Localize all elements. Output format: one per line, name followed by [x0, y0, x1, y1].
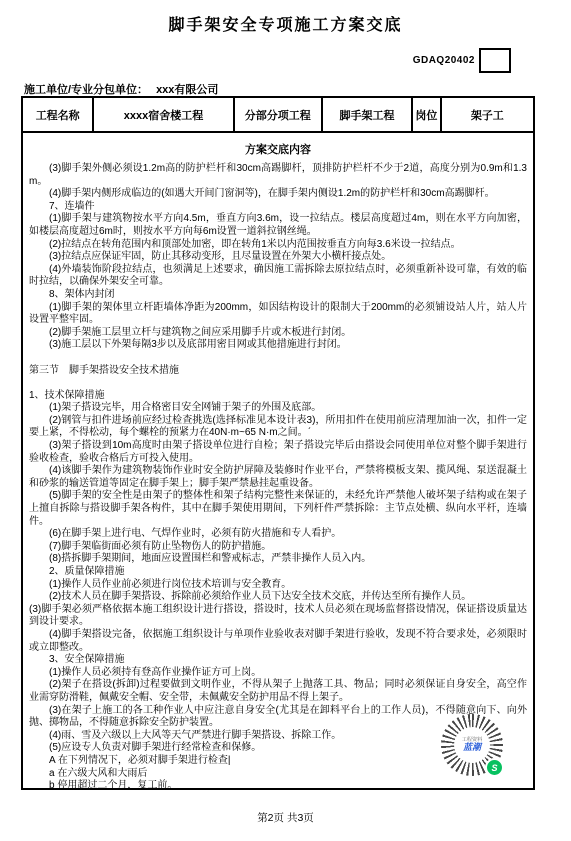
content-paragraph	[29, 377, 527, 390]
content-paragraph: (8)搭拆脚手架期间，地面应设置围栏和警戒标志，严禁非操作人员入内。	[29, 553, 527, 566]
content-paragraph: (4)外墙装饰阶段拉结点，也须满足上述要求，确因施工需拆除去原拉结点时，必须重新…	[29, 264, 527, 289]
content-paragraph: 第三节 脚手架搭设安全技术措施	[29, 365, 527, 378]
page-title: 脚手架安全专项施工方案交底	[0, 12, 571, 35]
content-paragraph: (6)在脚手架上进行电、气焊作业时，必须有防火措施和专人看护。	[29, 528, 527, 541]
content-paragraph: (3)拉结点应保证牢固，防止其移动变形，且尽量设置在外架大小横杆接点处。	[29, 251, 527, 264]
qr-stamp-text-top: 工程资料	[462, 738, 482, 743]
content-paragraph: (3)脚手架外侧必须设1.2m高的防护栏杆和30cm高踢脚杆，顶排防护栏杆不少于…	[29, 163, 527, 188]
content-paragraph: (3)架子搭设到10m高度时由架子搭设单位进行自检；架子搭设完毕后由搭设会同使用…	[29, 440, 527, 465]
content-paragraphs: (3)脚手架外侧必须设1.2m高的防护栏杆和30cm高踢脚杆，顶排防护栏杆不少于…	[29, 163, 527, 790]
content-paragraph: (4)该脚手架作为建筑物装饰作业时安全防护屏障及装修时作业平台，严禁将模板支架、…	[29, 465, 527, 490]
content-paragraph: (1)架子搭设完毕，用合格密目安全网铺于架子的外围及底部。	[29, 402, 527, 415]
content-paragraph: b 停用超过二个月，复工前。	[29, 780, 527, 790]
content-paragraph: (5)脚手架的安全性是由架子的整体性和架子结构完整性来保证的，未经允许严禁他人破…	[29, 490, 527, 528]
content-paragraph: (2)钢管与扣件进场前应经过检查挑选(选择标准见本设计表3)，所用扣件在使用前应…	[29, 415, 527, 440]
content-paragraph: (3)施工层以下外架每隔3步以及底部用密目网或其他措施进行封闭。	[29, 339, 527, 352]
disclosure-table: 工程名称 xxxx宿舍楼工程 分部分项工程 脚手架工程 岗位 架子工 方案交底内…	[21, 96, 535, 790]
construction-unit-label: 施工单位/专业分包单位：	[24, 84, 148, 96]
content-paragraph: (1)操作人员作业前必须进行岗位技术培训与安全教育。	[29, 579, 527, 592]
content-paragraph: (4)脚手架搭设完备，依据施工组织设计与单项作业验收表对脚手架进行验收，发现不符…	[29, 629, 527, 654]
content-paragraph: (7)脚手架临街面必须有防止坠物伤人的防护措施。	[29, 541, 527, 554]
qr-stamp: 工程资料 蓝潮 S	[441, 714, 503, 776]
content-paragraph: 7、连墙件	[29, 201, 527, 214]
content-paragraph: (2)架子在搭设(拆卸)过程要做到文明作业，不得从架子上抛落工具、物品；同时必须…	[29, 679, 527, 704]
content-section-title: 方案交底内容	[29, 141, 527, 157]
qr-center-label: 工程资料 蓝潮	[454, 727, 490, 763]
page-number: 第2页 共3页	[0, 810, 571, 825]
content-paragraph: (2)拉结点在转角范围内和顶部处加密，即在转角1米以内范围按垂直方向每3.6米设…	[29, 239, 527, 252]
qr-code-ring: 工程资料 蓝潮 S	[441, 714, 503, 776]
form-code: GDAQ20402	[413, 55, 475, 66]
content-paragraph	[29, 352, 527, 365]
construction-unit-value: xxx有限公司	[156, 84, 218, 96]
content-paragraph: (3)脚手架必须严格依据本施工组织设计进行搭设，搭设时，技术人员必须在现场监督搭…	[29, 604, 527, 629]
info-header-row: 工程名称 xxxx宿舍楼工程 分部分项工程 脚手架工程 岗位 架子工	[23, 98, 533, 133]
content-paragraph: (1)脚手架与建筑物按水平方向4.5m，垂直方向3.6m，设一拉结点。楼层高度超…	[29, 213, 527, 238]
sub-project-value: 脚手架工程	[323, 98, 413, 131]
project-name-value: xxxx宿舍楼工程	[94, 98, 234, 131]
content-paragraph: (2)技术人员在脚手架搭设、拆除前必须给作业人员下达安全技术交底，并传达至所有操…	[29, 591, 527, 604]
content-paragraph: 3、安全保障措施	[29, 654, 527, 667]
project-name-label: 工程名称	[23, 98, 94, 131]
content-paragraph: (4)脚手架内侧形成临边的(如遇大开间门窗洞等)，在脚手架内侧设1.2m的防护栏…	[29, 188, 527, 201]
content-paragraph: (1)脚手架的架体里立杆距墙体净距为200mm，如因结构设计的限制大于200mm…	[29, 302, 527, 327]
qr-stamp-text-bottom: 蓝潮	[463, 743, 481, 752]
wechat-miniprogram-icon: S	[485, 758, 504, 777]
content-paragraph: 1、技术保障措施	[29, 390, 527, 403]
content-paragraph: (2)脚手架施工层里立杆与建筑物之间应采用脚手片或木板进行封闭。	[29, 327, 527, 340]
construction-unit-line: 施工单位/专业分包单位：xxx有限公司	[24, 81, 218, 97]
post-value: 架子工	[442, 98, 533, 131]
form-code-row: GDAQ20402	[413, 48, 511, 72]
content-paragraph: 8、架体内封闭	[29, 289, 527, 302]
post-label: 岗位	[413, 98, 442, 131]
content-paragraph: 2、质量保障措施	[29, 566, 527, 579]
form-code-checkbox	[479, 48, 511, 73]
disclosure-content-cell: 方案交底内容 (3)脚手架外侧必须设1.2m高的防护栏杆和30cm高踢脚杆，顶排…	[23, 133, 533, 790]
sub-project-label: 分部分项工程	[235, 98, 323, 131]
content-paragraph: (1)操作人员必须持有登高作业操作证方可上岗。	[29, 667, 527, 680]
